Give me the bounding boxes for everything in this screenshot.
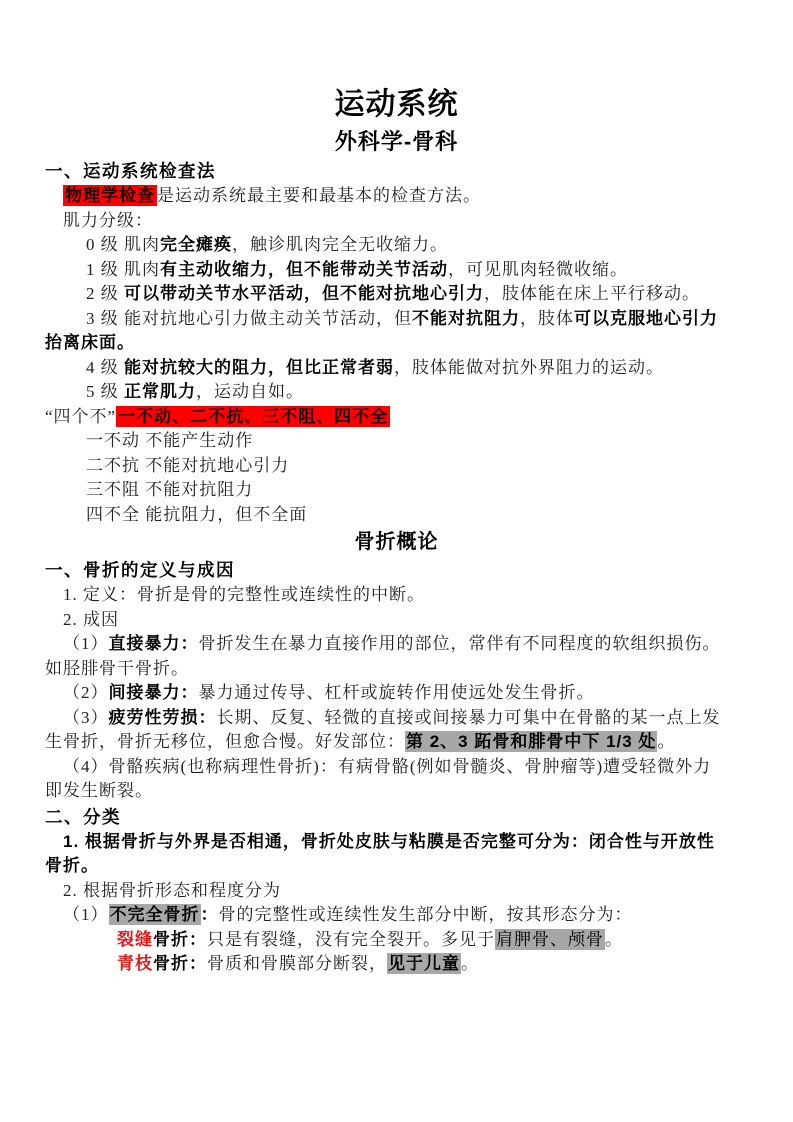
text-segment: 只是有裂缝，没有完全裂开。多见于 — [207, 930, 495, 949]
text-segment: 二不抗 不能对抗地心引力 — [86, 456, 289, 475]
doc-line: 2 级 可以带动关节水平活动，但不能对抗地心引力，肢体能在床上平行移动。 — [45, 282, 748, 307]
bold-text: 抬离床面。 — [45, 333, 135, 352]
text-segment: 2. 根据骨折形态和程度分为 — [63, 881, 281, 900]
bold-text: 可以带动关节水平活动，但不能对抗地心引力 — [124, 284, 484, 303]
text-segment: 肌力分级： — [63, 211, 153, 230]
text-segment: 即发生断裂。 — [45, 781, 153, 800]
text-segment: 一不动 不能产生动作 — [86, 431, 253, 450]
text-segment: 暴力通过传导、杠杆或旋转作用使远处发生骨折。 — [199, 683, 595, 702]
text-segment: “四个不” — [45, 407, 116, 426]
document-content: 运动系统外科学-骨科一、运动系统检查法物理学检查是运动系统最主要和最基本的检查方… — [45, 84, 748, 977]
text-segment: 4 级 — [86, 358, 124, 377]
text-segment: （2） — [63, 683, 109, 702]
document-page: 运动系统外科学-骨科一、运动系统检查法物理学检查是运动系统最主要和最基本的检查方… — [0, 0, 793, 1122]
doc-line: 二不抗 不能对抗地心引力 — [45, 454, 748, 479]
text-segment: （3） — [63, 708, 109, 727]
text-segment: 2 级 — [86, 284, 124, 303]
text-segment: （1） — [63, 634, 109, 653]
text-segment: 一、骨折的定义与成因 — [45, 560, 235, 580]
text-segment: 运动系统 — [335, 88, 459, 121]
text-segment: 2. 成因 — [63, 610, 119, 629]
bold-text: 骨折： — [153, 930, 207, 949]
gray-highlight-text: 肩胛骨、颅骨 — [495, 929, 605, 950]
section-heading: 一、骨折的定义与成因 — [45, 557, 748, 583]
text-segment: 1. 定义：骨折是骨的完整性或连续性的中断。 — [63, 585, 425, 604]
bold-text: 直接暴力： — [109, 634, 199, 653]
bold-text: 可以克服地心引力 — [574, 309, 718, 328]
doc-line: 5 级 正常肌力，运动自如。 — [45, 380, 748, 405]
text-segment: ，触诊肌肉完全无收缩力。 — [232, 235, 448, 254]
gray-highlight-text: 见于儿童 — [387, 953, 461, 974]
text-segment: 3 级 能对抗地心引力做主动关节活动，但 — [86, 309, 412, 328]
text-segment: 三不阻 不能对抗阻力 — [86, 480, 253, 499]
red-text: 青枝 — [117, 954, 153, 973]
text-segment: ，肢体能在床上平行移动。 — [484, 284, 700, 303]
bold-text: 能对抗较大的阻力，但比正常者弱 — [124, 358, 394, 377]
bold-text: 疲劳性劳损： — [109, 708, 217, 727]
text-segment: 长期、反复、轻微的直接或间接暴力可集中在骨骼的某一点上发 — [217, 708, 721, 727]
text-segment: 四不全 能抗阻力，但不全面 — [86, 505, 307, 524]
bold-text: 不能对抗阻力 — [412, 309, 520, 328]
text-segment: 二、分类 — [45, 807, 121, 827]
doc-line: 2. 根据骨折形态和程度分为 — [45, 879, 748, 904]
text-segment: 一、运动系统检查法 — [45, 161, 216, 181]
section-heading: 二、分类 — [45, 804, 748, 830]
doc-line: 生骨折，骨折无移位，但愈合慢。好发部位：第 2、3 跖骨和腓骨中下 1/3 处。 — [45, 730, 748, 755]
text-segment: 外科学-骨科 — [335, 129, 458, 154]
doc-line: 1 级 肌肉有主动收缩力，但不能带动关节活动，可见肌肉轻微收缩。 — [45, 258, 748, 283]
doc-line: 1. 根据骨折与外界是否相通，骨折处皮肤与粘膜是否完整可分为：闭合性与开放性 — [45, 830, 748, 855]
text-segment: 骨折概论 — [355, 531, 439, 553]
doc-line: 裂缝骨折：只是有裂缝，没有完全裂开。多见于肩胛骨、颅骨。 — [45, 928, 748, 953]
red-highlight-text: 一不动、二不抗、三不阻、四不全 — [116, 406, 390, 427]
bold-text: 1. 根据骨折与外界是否相通，骨折处皮肤与粘膜是否完整可分为：闭合性与开放性 — [63, 832, 715, 851]
text-segment: ，肢体能做对抗外界阻力的运动。 — [394, 358, 664, 377]
bold-text: 完全瘫痪 — [160, 235, 232, 254]
red-highlight-text: 物理学检查 — [63, 185, 157, 206]
doc-title: 运动系统 — [45, 84, 748, 126]
doc-line: 2. 成因 — [45, 608, 748, 633]
doc-line: 如胫腓骨干骨折。 — [45, 657, 748, 682]
doc-line: 物理学检查是运动系统最主要和最基本的检查方法。 — [45, 184, 748, 209]
text-segment: 。 — [461, 954, 479, 973]
bold-text: 正常肌力 — [124, 382, 196, 401]
text-segment: 骨折发生在暴力直接作用的部位，常伴有不同程度的软组织损伤。 — [199, 634, 721, 653]
doc-line: 1. 定义：骨折是骨的完整性或连续性的中断。 — [45, 583, 748, 608]
doc-line: 4 级 能对抗较大的阻力，但比正常者弱，肢体能做对抗外界阻力的运动。 — [45, 356, 748, 381]
doc-line: 肌力分级： — [45, 209, 748, 234]
doc-line: 抬离床面。 — [45, 331, 748, 356]
text-segment: 5 级 — [86, 382, 124, 401]
text-segment: ，可见肌肉轻微收缩。 — [448, 260, 628, 279]
center-heading: 骨折概论 — [45, 527, 748, 557]
text-segment: 骨的完整性或连续性发生部分中断，按其形态分为： — [219, 905, 633, 924]
text-segment: （4）骨骼疾病(也称病理性骨折)：有病骨骼(例如骨髓炎、骨肿瘤等)遭受轻微外力 — [63, 757, 711, 776]
text-segment: 0 级 肌肉 — [86, 235, 160, 254]
text-segment: （1） — [63, 905, 109, 924]
text-segment: ，肢体 — [520, 309, 574, 328]
doc-subtitle: 外科学-骨科 — [45, 126, 748, 158]
doc-line: （4）骨骼疾病(也称病理性骨折)：有病骨骼(例如骨髓炎、骨肿瘤等)遭受轻微外力 — [45, 755, 748, 780]
gray-highlight-text: 第 2、3 跖骨和腓骨中下 1/3 处 — [405, 731, 657, 752]
doc-line: 一不动 不能产生动作 — [45, 429, 748, 454]
doc-line: 三不阻 不能对抗阻力 — [45, 478, 748, 503]
doc-line: 四不全 能抗阻力，但不全面 — [45, 503, 748, 528]
text-segment: ，运动自如。 — [196, 382, 304, 401]
text-segment: 骨质和骨膜部分断裂， — [207, 954, 387, 973]
text-segment: 1 级 肌肉 — [86, 260, 160, 279]
text-segment: 是运动系统最主要和最基本的检查方法。 — [157, 186, 481, 205]
doc-line: 3 级 能对抗地心引力做主动关节活动，但不能对抗阻力，肢体可以克服地心引力 — [45, 307, 748, 332]
doc-line: （2）间接暴力：暴力通过传导、杠杆或旋转作用使远处发生骨折。 — [45, 681, 748, 706]
doc-line: “四个不”一不动、二不抗、三不阻、四不全 — [45, 405, 748, 430]
doc-line: （3）疲劳性劳损：长期、反复、轻微的直接或间接暴力可集中在骨骼的某一点上发 — [45, 706, 748, 731]
doc-line: （1）直接暴力：骨折发生在暴力直接作用的部位，常伴有不同程度的软组织损伤。 — [45, 632, 748, 657]
text-segment: 。 — [605, 930, 623, 949]
bold-text: 有主动收缩力，但不能带动关节活动 — [160, 260, 448, 279]
gray-highlight-text: 不完全骨折 — [109, 904, 201, 925]
doc-line: （1）不完全骨折：骨的完整性或连续性发生部分中断，按其形态分为： — [45, 903, 748, 928]
doc-line: 即发生断裂。 — [45, 779, 748, 804]
text-segment: 。 — [657, 732, 675, 751]
doc-line: 骨折。 — [45, 854, 748, 879]
doc-line: 0 级 肌肉完全瘫痪，触诊肌肉完全无收缩力。 — [45, 233, 748, 258]
bold-text: 骨折。 — [45, 856, 99, 875]
text-segment: 生骨折，骨折无移位，但愈合慢。好发部位： — [45, 732, 405, 751]
bold-text: ： — [201, 905, 219, 924]
section-heading: 一、运动系统检查法 — [45, 158, 748, 184]
bold-text: 间接暴力： — [109, 683, 199, 702]
text-segment: 如胫腓骨干骨折。 — [45, 659, 189, 678]
red-text: 裂缝 — [117, 930, 153, 949]
bold-text: 骨折： — [153, 954, 207, 973]
doc-line: 青枝骨折：骨质和骨膜部分断裂，见于儿童。 — [45, 952, 748, 977]
